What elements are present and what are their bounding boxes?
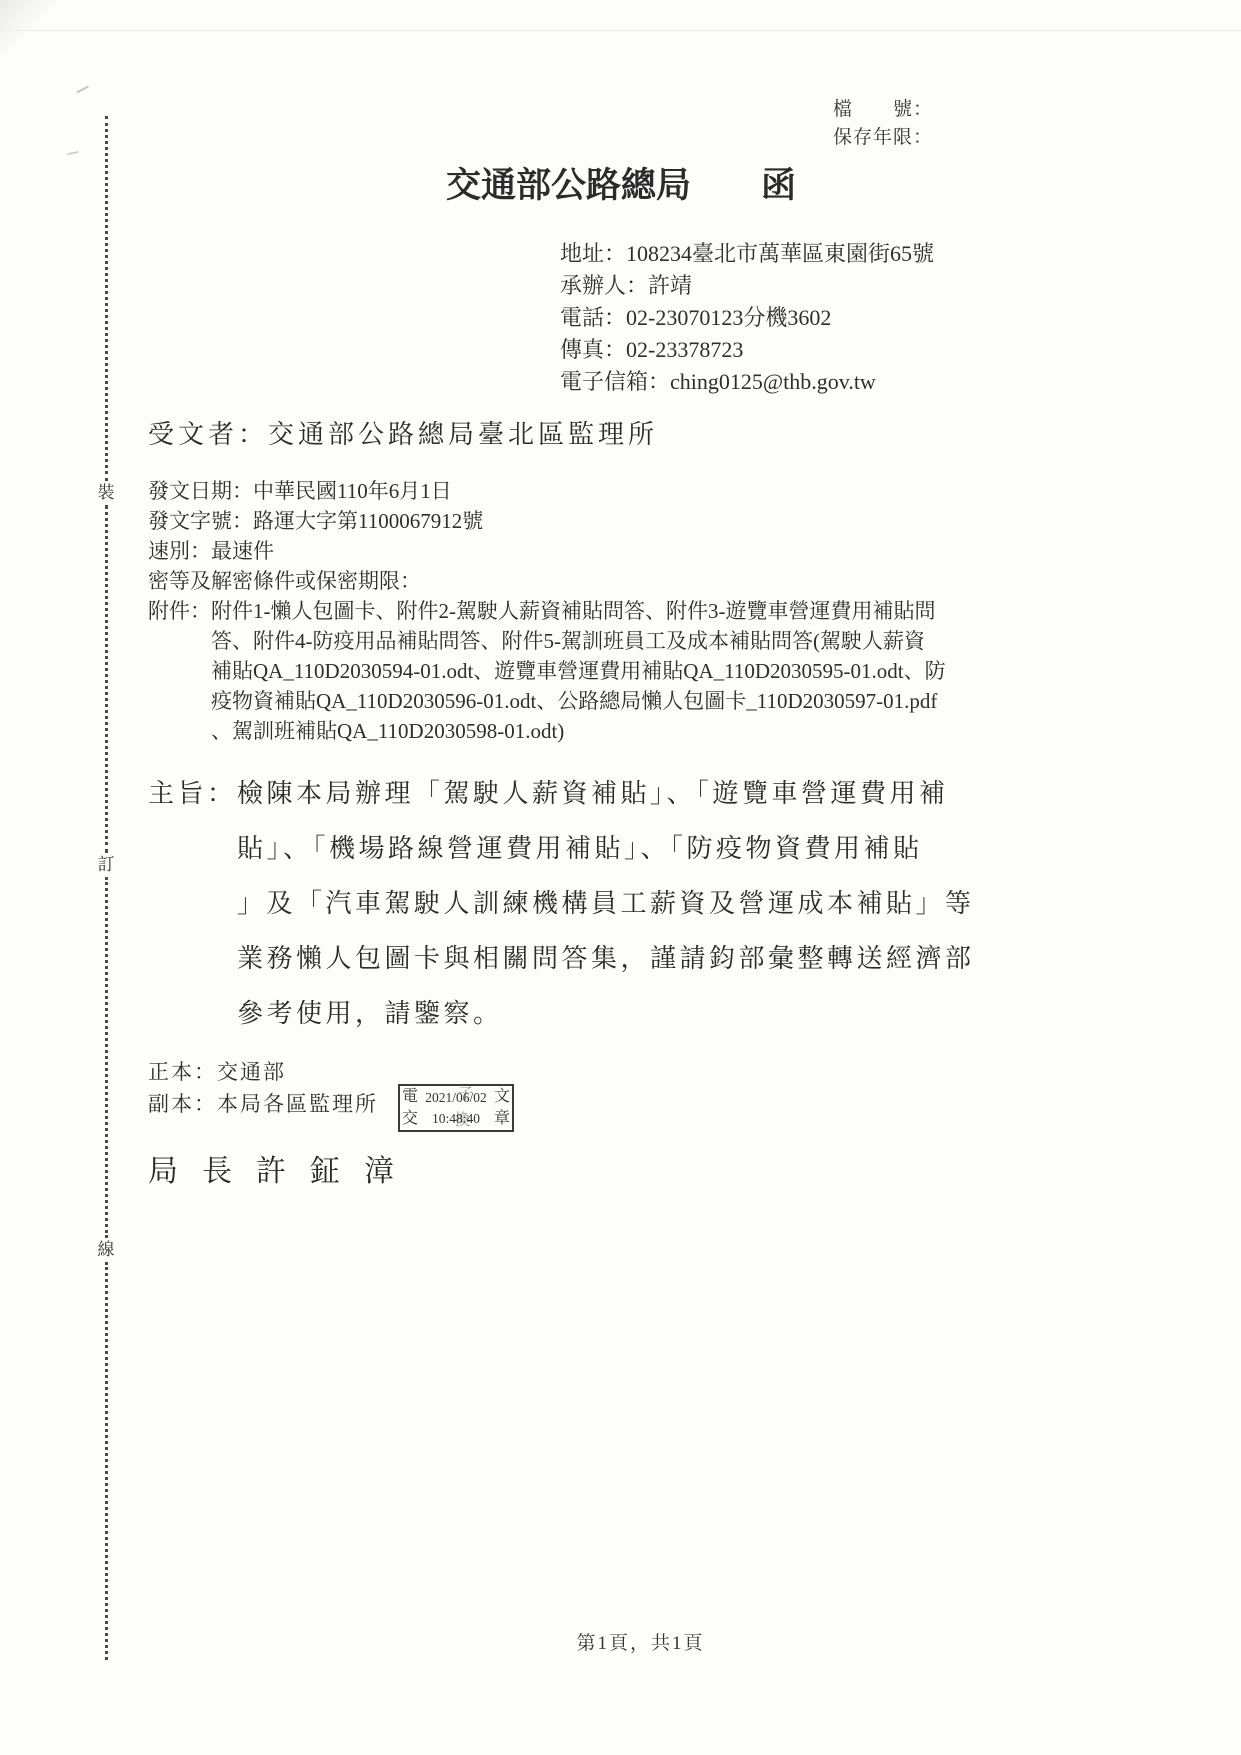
retention-period-label: 保存年限： bbox=[833, 124, 933, 152]
page-number: 第1頁，共1頁 bbox=[0, 1628, 1241, 1655]
binding-mark-zhuang: 裝 bbox=[98, 481, 115, 505]
contact-block: 地址：108234臺北市萬華區東園街65號 承辦人：許靖 電話：02-23070… bbox=[560, 238, 934, 398]
pencil-mark bbox=[67, 151, 79, 161]
subject-line: 貼」、「機場路線營運費用補貼」、「防疫物資費用補貼 bbox=[237, 821, 975, 876]
binding-margin: 裝 訂 線 bbox=[94, 116, 118, 1662]
recipient-line: 受文者：交通部公路總局臺北區監理所 bbox=[148, 414, 658, 451]
official-letter-page: 裝 訂 線 檔 號： 保存年限： 交通部公路總局 函 地址：108234臺北市萬… bbox=[0, 0, 1241, 1755]
contact-person-line: 承辦人：許靖 bbox=[560, 270, 934, 302]
stamp-char: 電 bbox=[402, 1087, 418, 1107]
binding-dotted-line bbox=[105, 877, 108, 1238]
stamp-date: 2021/06/02 bbox=[418, 1087, 494, 1108]
subject-line: 」及「汽車駕駛人訓練機構員工薪資及營運成本補貼」等 bbox=[237, 876, 975, 931]
cc-recipient-line: 副本：本局各區監理所 bbox=[148, 1088, 378, 1120]
priority-line: 速別：最速件 bbox=[148, 536, 946, 566]
stamp-char: 章 bbox=[494, 1109, 510, 1129]
issue-date-line: 發文日期：中華民國110年6月1日 bbox=[148, 476, 946, 506]
electronic-exchange-stamp: 電 交 子 換 2021/06/02 10:48:40 文 章 bbox=[398, 1084, 514, 1132]
stamp-overlay-char: 換 bbox=[454, 1110, 470, 1131]
attachments-label: 附件： bbox=[148, 596, 211, 626]
binding-dotted-line bbox=[105, 1262, 108, 1660]
attachment-line: 補貼QA_110D2030594-01.odt、遊覽車營運費用補貼QA_110D… bbox=[211, 656, 946, 686]
stamp-datetime: 子 換 2021/06/02 10:48:40 bbox=[418, 1087, 494, 1129]
email-line: 電子信箱：ching0125@thb.gov.tw bbox=[560, 366, 934, 398]
binding-dotted-line bbox=[105, 505, 108, 853]
pencil-mark bbox=[76, 86, 92, 101]
original-recipient-line: 正本：交通部 bbox=[148, 1056, 378, 1088]
document-type: 函 bbox=[761, 158, 796, 208]
file-number-label: 檔 號： bbox=[833, 96, 933, 124]
stamp-right-column: 文 章 bbox=[494, 1087, 510, 1129]
phone-line: 電話：02-23070123分機3602 bbox=[560, 302, 934, 334]
stamp-left-column: 電 交 bbox=[402, 1087, 418, 1129]
copies-block: 正本：交通部 副本：本局各區監理所 bbox=[148, 1056, 378, 1120]
binding-mark-ding: 訂 bbox=[98, 853, 115, 877]
director-general-signature: 局長許鉦漳 bbox=[148, 1146, 418, 1190]
document-title: 交通部公路總局 函 bbox=[446, 158, 796, 208]
archive-labels: 檔 號： 保存年限： bbox=[833, 96, 933, 152]
subject-line: 參考使用，請鑒察。 bbox=[237, 986, 975, 1041]
attachment-line: 、駕訓班補貼QA_110D2030598-01.odt) bbox=[211, 716, 946, 746]
binding-dotted-line bbox=[105, 116, 108, 481]
attachment-line: 附件1-懶人包圖卡、附件2-駕駛人薪資補貼問答、附件3-遊覽車營運費用補貼問 bbox=[211, 596, 946, 626]
attachment-line: 答、附件4-防疫用品補貼問答、附件5-駕訓班員工及成本補貼問答(駕駛人薪資 bbox=[211, 626, 946, 656]
attachments-row: 附件： 附件1-懶人包圖卡、附件2-駕駛人薪資補貼問答、附件3-遊覽車營運費用補… bbox=[148, 596, 946, 746]
subject-block: 主旨： 檢陳本局辦理「駕駛人薪資補貼」、「遊覽車營運費用補 貼」、「機場路線營運… bbox=[148, 766, 975, 1041]
fax-line: 傳真：02-23378723 bbox=[560, 334, 934, 366]
subject-line: 業務懶人包圖卡與相關問答集，謹請鈞部彙整轉送經濟部 bbox=[237, 931, 975, 986]
document-number-line: 發文字號：路運大字第1100067912號 bbox=[148, 506, 946, 536]
meta-block: 發文日期：中華民國110年6月1日 發文字號：路運大字第1100067912號 … bbox=[148, 476, 946, 746]
subject-label: 主旨： bbox=[148, 766, 237, 821]
scan-edge-line bbox=[0, 30, 1241, 31]
subject-line: 檢陳本局辦理「駕駛人薪資補貼」、「遊覽車營運費用補 bbox=[237, 766, 975, 821]
stamp-char: 文 bbox=[494, 1087, 510, 1107]
attachment-line: 疫物資補貼QA_110D2030596-01.odt、公路總局懶人包圖卡_110… bbox=[211, 686, 946, 716]
binding-mark-xian: 線 bbox=[98, 1238, 115, 1262]
stamp-char: 交 bbox=[402, 1109, 418, 1129]
security-line: 密等及解密條件或保密期限： bbox=[148, 566, 946, 596]
address-line: 地址：108234臺北市萬華區東園街65號 bbox=[560, 238, 934, 270]
subject-text: 檢陳本局辦理「駕駛人薪資補貼」、「遊覽車營運費用補 貼」、「機場路線營運費用補貼… bbox=[237, 766, 975, 1041]
issuing-agency: 交通部公路總局 bbox=[446, 158, 691, 208]
attachments-list: 附件1-懶人包圖卡、附件2-駕駛人薪資補貼問答、附件3-遊覽車營運費用補貼問 答… bbox=[211, 596, 946, 746]
stamp-overlay-char: 子 bbox=[458, 1084, 474, 1105]
